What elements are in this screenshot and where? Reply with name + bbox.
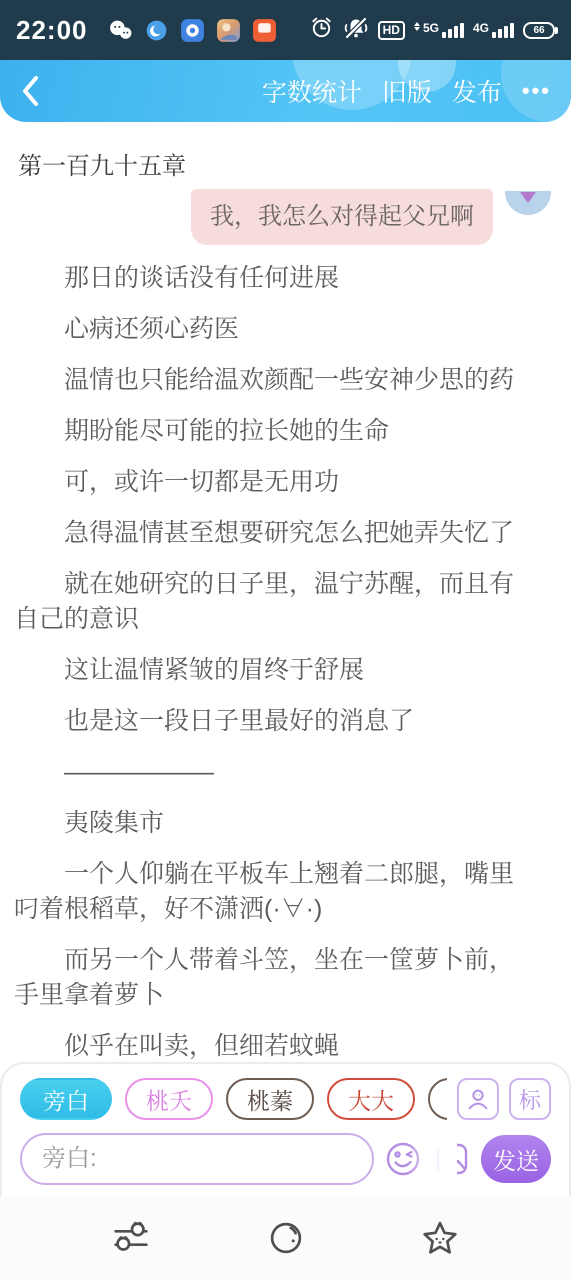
composer-input-row: 发送: [20, 1133, 551, 1185]
bubble-icon[interactable]: [263, 1215, 309, 1261]
publish-button[interactable]: 发布: [452, 73, 502, 109]
paragraph: 也是这一段日子里最好的消息了: [14, 704, 557, 739]
mute-bell-icon: [343, 15, 369, 46]
chat-bubble[interactable]: 我，我怎么对得起父兄啊: [191, 189, 493, 245]
signal-5g-icon: 5G: [414, 23, 464, 38]
tag-scroller[interactable]: 旁白桃夭桃蓁大大聂筱筱聂筱: [20, 1078, 447, 1120]
character-tag[interactable]: 大大: [327, 1078, 415, 1120]
chapter-title: 第一百九十五章: [18, 146, 553, 181]
paragraph: 急得温情甚至想要研究怎么把她弄失忆了: [14, 516, 557, 551]
paragraph: 就在她研究的日子里，温宁苏醒，而且有 自己的意识: [14, 567, 557, 637]
paragraph: 温情也只能给温欢颜配一些安神少思的药: [14, 363, 557, 398]
character-tag[interactable]: 桃蓁: [226, 1078, 314, 1120]
avatar-clip: [505, 191, 551, 217]
circle-app-icon: [179, 17, 206, 44]
word-count-button[interactable]: 字数统计: [262, 73, 362, 109]
paragraph: 一个人仰躺在平板车上翘着二郎腿，嘴里 叼着根稻草，好不潇洒(·∀·): [14, 857, 557, 927]
composer-panel: 旁白桃夭桃蓁大大聂筱筱聂筱 标 发送: [0, 1062, 571, 1196]
paragraph: 可，或许一切都是无用功: [14, 465, 557, 500]
paragraph: ——————: [14, 755, 557, 790]
updown-arrows-icon: [414, 22, 420, 31]
status-bar: 22:00 HD 5G: [0, 0, 571, 60]
signal-4g-icon: 4G: [473, 23, 514, 38]
paragraph: 而另一个人带着斗笠，坐在一筐萝卜前， 手里拿着萝卜: [14, 943, 557, 1013]
app-screen: 22:00 HD 5G: [0, 0, 571, 1280]
paragraph: 那日的谈话没有任何进展: [14, 261, 557, 296]
paragraph: 似乎在叫卖，但细若蚊蝇: [14, 1029, 557, 1062]
paragraph: 夷陵集市: [14, 806, 557, 841]
emoji-wink-icon[interactable]: [383, 1139, 423, 1179]
back-button[interactable]: [20, 74, 42, 108]
paragraph: 期盼能尽可能的拉长她的生命: [14, 414, 557, 449]
star-icon[interactable]: [417, 1215, 463, 1261]
image-icon[interactable]: [432, 1139, 472, 1179]
status-right-icons: HD 5G 4G 66: [309, 15, 555, 46]
paragraph-list: 那日的谈话没有任何进展 心病还须心药医 温情也只能给温欢颜配一些安神少思的药 期…: [14, 261, 557, 1062]
paragraph: 这让温情紧皱的眉终于舒展: [14, 653, 557, 688]
character-list-button[interactable]: [457, 1078, 499, 1120]
alarm-icon: [309, 15, 334, 45]
app-header: 字数统计 旧版 发布 •••: [0, 60, 571, 122]
battery-icon: 66: [523, 22, 555, 39]
tag-manage-button[interactable]: 标: [509, 1078, 551, 1120]
roles-icon[interactable]: [108, 1215, 154, 1261]
send-button[interactable]: 发送: [481, 1135, 551, 1183]
game-app-icon: [215, 17, 242, 44]
dialogue-input[interactable]: [20, 1133, 374, 1185]
hd-badge: HD: [378, 21, 405, 40]
wechat-icon: [107, 17, 134, 44]
bottom-nav: [0, 1196, 571, 1280]
old-version-button[interactable]: 旧版: [382, 73, 432, 109]
orange-app-icon: [251, 17, 278, 44]
clock-time: 22:00: [16, 15, 88, 46]
tag-bar: 旁白桃夭桃蓁大大聂筱筱聂筱 标: [20, 1078, 551, 1120]
story-scroll-area[interactable]: 第一百九十五章 我，我怎么对得起父兄啊 那日的谈话没有任何进展 心病还须心药医 …: [0, 122, 571, 1062]
quark-icon: [143, 17, 170, 44]
network-type-label: 5G: [423, 23, 439, 33]
character-tag[interactable]: 聂筱筱: [428, 1078, 447, 1120]
network-type-label: 4G: [473, 23, 489, 33]
character-tag[interactable]: 旁白: [20, 1078, 112, 1120]
paragraph: 心病还须心药医: [14, 312, 557, 347]
character-tag[interactable]: 桃夭: [125, 1078, 213, 1120]
chat-message-row: 我，我怎么对得起父兄啊: [14, 189, 551, 245]
more-menu-button[interactable]: •••: [522, 78, 551, 104]
avatar[interactable]: [505, 191, 551, 215]
